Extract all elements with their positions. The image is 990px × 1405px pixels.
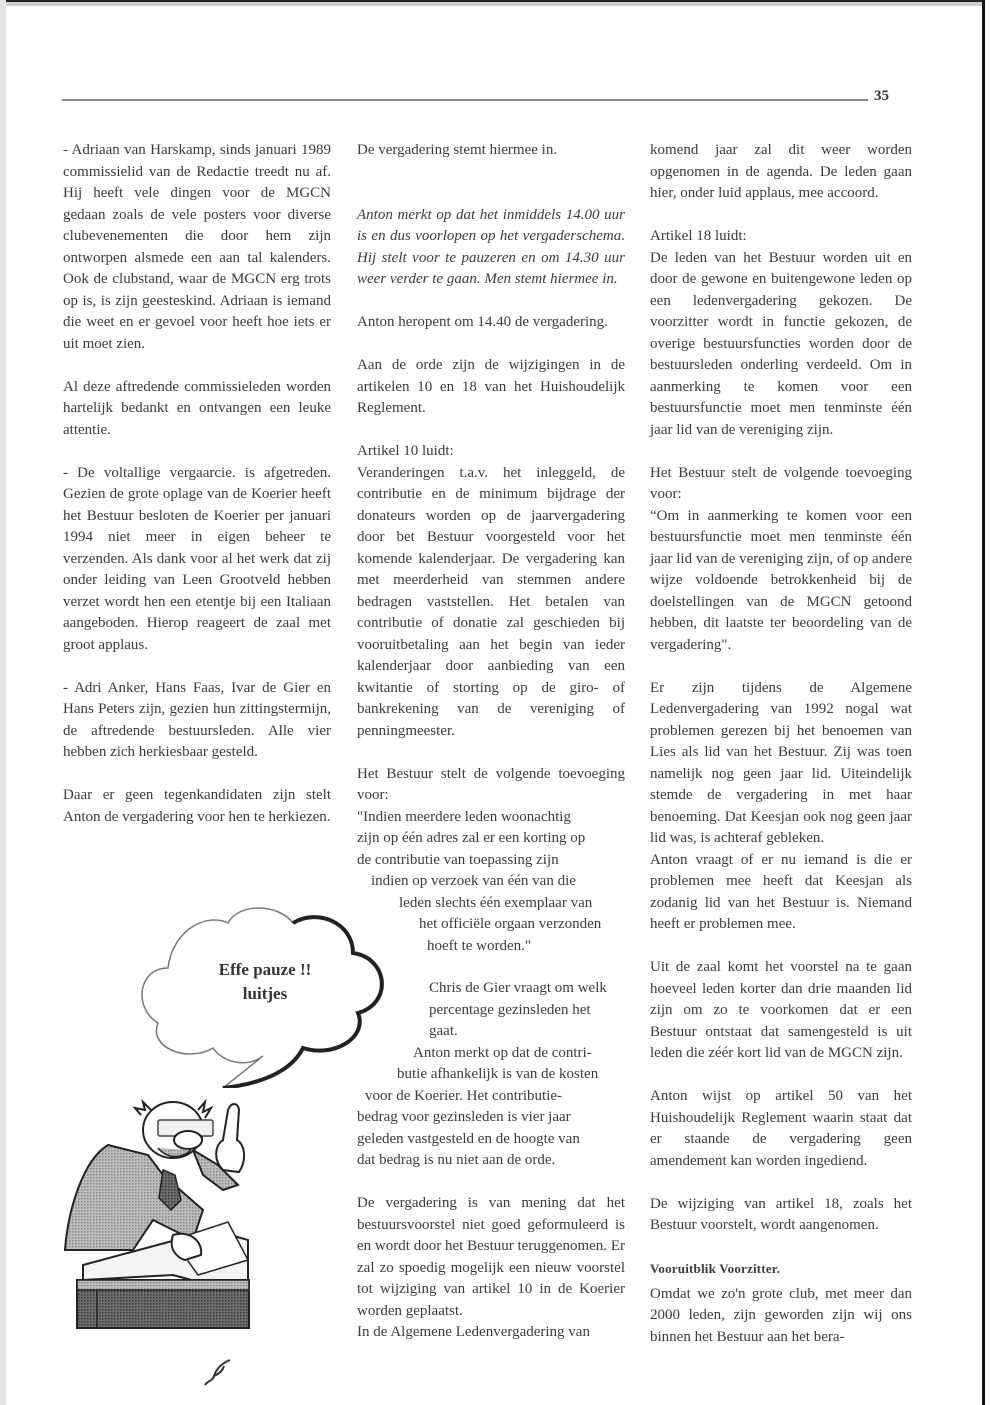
text-line: bedrag voor gezinsleden is vier jaar bbox=[357, 1107, 625, 1129]
scan-edge-left bbox=[0, 0, 6, 1405]
proposal-quote-10: "Indien meerdere leden woonachtig zijn o… bbox=[357, 807, 625, 958]
section-heading-vooruitblik: Vooruitblik Voorzitter. bbox=[650, 1258, 912, 1280]
paragraph-anton-vraagt: Anton vraagt of er nu iemand is die er p… bbox=[650, 850, 912, 936]
proposal-quote-18: “Om in aanmerking te komen voor een best… bbox=[650, 506, 912, 657]
paragraph-herkiezen: Daar er geen tegenkandidaten zijn stelt … bbox=[63, 785, 331, 828]
paragraph-artikel-50: Anton wijst op artikel 50 van het Huisho… bbox=[650, 1086, 912, 1172]
column-1: - Adriaan van Harskamp, sinds januari 19… bbox=[63, 140, 331, 850]
paragraph-wijzigingen: Aan de orde zijn de wijzigingen in de ar… bbox=[357, 355, 625, 420]
signature-squiggle bbox=[200, 1350, 240, 1390]
artikel-10-text: Veranderingen t.a.v. het inleggeld, de c… bbox=[357, 463, 625, 743]
speech-bubble: Effe pauze !! luitjes bbox=[128, 898, 393, 1088]
speaker-at-lectern-icon bbox=[63, 1090, 253, 1330]
paragraph-heropent: Anton heropent om 14.40 de vergadering. bbox=[357, 312, 625, 334]
proposal-intro-18: Het Bestuur stelt de volgende toevoeging… bbox=[650, 463, 912, 506]
artikel-18-label: Artikel 18 luidt: bbox=[650, 226, 912, 248]
paragraph-zaal: Uit de zaal komt het voorstel na te gaan… bbox=[650, 957, 912, 1065]
quote-line: hoeft te worden." bbox=[357, 936, 625, 958]
bubble-text: Effe pauze !! luitjes bbox=[200, 958, 330, 1006]
text-line: gaat. bbox=[357, 1021, 625, 1043]
quote-line: indien op verzoek van één van die bbox=[357, 871, 625, 893]
cartoon-speaker bbox=[63, 1090, 253, 1330]
scan-edge-top bbox=[0, 0, 990, 6]
header-rule bbox=[62, 99, 868, 101]
text-line: geleden vastgesteld en de hoogte van bbox=[357, 1129, 625, 1151]
quote-line: "Indien meerdere leden woonachtig bbox=[357, 807, 625, 829]
page-number: 35 bbox=[874, 88, 889, 105]
column-3: komend jaar zal dit weer worden opgenome… bbox=[650, 140, 912, 1348]
text-line: dat bedrag is nu niet aan de orde. bbox=[357, 1150, 625, 1172]
paragraph-stemt-in: De vergadering stemt hiermee in. bbox=[357, 140, 625, 162]
scan-edge-right bbox=[982, 0, 990, 1405]
paragraph-omdat: Omdat we zo'n grote club, met meer dan 2… bbox=[650, 1284, 912, 1349]
paragraph-algemene: In de Algemene Ledenvergadering van bbox=[357, 1322, 625, 1344]
bubble-line-2: luitjes bbox=[200, 982, 330, 1006]
quote-line: leden slechts één exemplaar van bbox=[357, 893, 625, 915]
artikel-18-text: De leden van het Bestuur worden uit en d… bbox=[650, 248, 912, 442]
quote-line: zijn op één adres zal er een korting op bbox=[357, 828, 625, 850]
text-line: percentage gezinsleden het bbox=[357, 1000, 625, 1022]
paragraph-bestuursleden: - Adri Anker, Hans Faas, Ivar de Gier en… bbox=[63, 678, 331, 764]
chris-question: Chris de Gier vraagt om welk percentage … bbox=[357, 978, 625, 1043]
squiggle-icon bbox=[200, 1350, 240, 1390]
anton-reply: Anton merkt op dat de contri- butie afha… bbox=[357, 1043, 625, 1172]
bubble-line-1: Effe pauze !! bbox=[200, 958, 330, 982]
text-line: voor de Koerier. Het contributie- bbox=[357, 1086, 625, 1108]
text-line: Anton merkt op dat de contri- bbox=[357, 1043, 625, 1065]
column-2: De vergadering stemt hiermee in. Anton m… bbox=[357, 140, 625, 1344]
paragraph-teruggenomen: De vergadering is van mening dat het bes… bbox=[357, 1193, 625, 1322]
paragraph-agenda: komend jaar zal dit weer worden opgenome… bbox=[650, 140, 912, 205]
quote-line: het officiële orgaan verzonden bbox=[357, 914, 625, 936]
proposal-intro-10: Het Bestuur stelt de volgende toevoeging… bbox=[357, 764, 625, 807]
paragraph-pauze-italic: Anton merkt op dat het inmiddels 14.00 u… bbox=[357, 205, 625, 291]
paragraph-adriaan: - Adriaan van Harskamp, sinds januari 19… bbox=[63, 140, 331, 355]
paragraph-attentie: Al deze aftredende commissieleden worden… bbox=[63, 377, 331, 442]
artikel-10-label: Artikel 10 luidt: bbox=[357, 441, 625, 463]
paragraph-vergaarcie: - De voltallige vergaarcie. is afgetrede… bbox=[63, 463, 331, 657]
text-line: Chris de Gier vraagt om welk bbox=[357, 978, 625, 1000]
paragraph-1992: Er zijn tijdens de Algemene Ledenvergade… bbox=[650, 678, 912, 850]
paragraph-artikel-18-aangenomen: De wijziging van artikel 18, zoals het B… bbox=[650, 1194, 912, 1237]
text-line: butie afhankelijk is van de kosten bbox=[357, 1064, 625, 1086]
quote-line: de contributie van toepassing zijn bbox=[357, 850, 625, 872]
